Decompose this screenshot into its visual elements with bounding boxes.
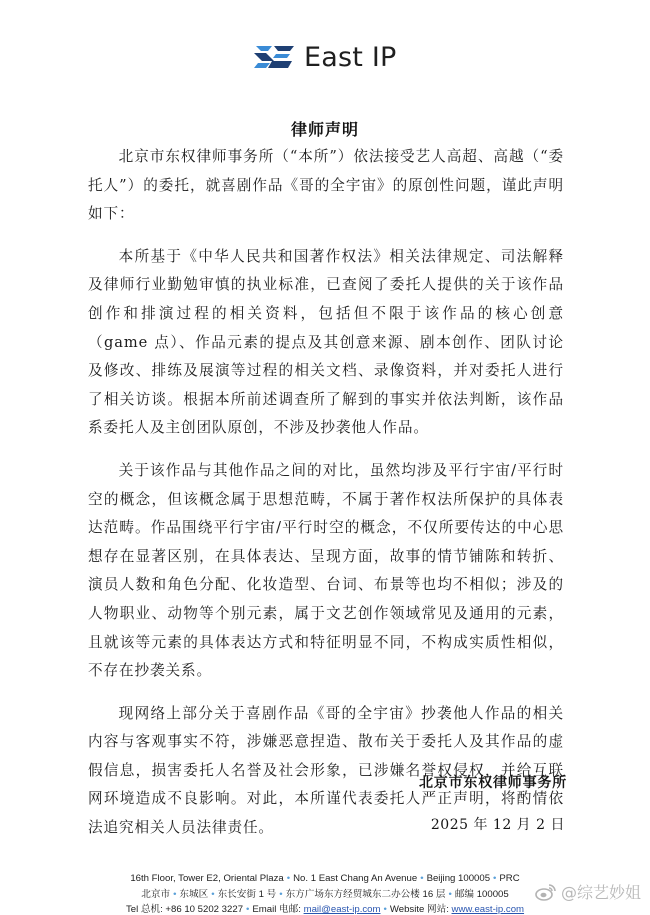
separator-dot: • — [448, 889, 451, 900]
footer-website-label: Website 网站: — [390, 904, 452, 915]
document-body: 北京市东权律师事务所（“本所”）依法接受艺人高超、高越（“委托人”）的委托，就喜… — [88, 143, 564, 857]
document-title: 律师声明 — [0, 117, 650, 140]
footer-address-en-part: Beijing 100005 — [427, 873, 490, 884]
footer-email-label: Email 电邮: — [252, 904, 303, 915]
east-ip-logo: East IP — [252, 40, 397, 74]
paragraph-investigation: 本所基于《中华人民共和国著作权法》相关法律规定、司法解释及律师行业勤勉审慎的执业… — [88, 243, 564, 443]
footer-address-cn-part: 邮编 100005 — [455, 889, 509, 900]
separator-dot: • — [287, 873, 290, 884]
separator-dot: • — [211, 889, 214, 900]
watermark-text: @综艺妙姐 — [561, 880, 641, 903]
footer-address-en-part: No. 1 East Chang An Avenue — [293, 873, 417, 884]
separator-dot: • — [384, 904, 387, 915]
weibo-watermark: @综艺妙姐 — [535, 880, 641, 903]
website-link[interactable]: www.east-ip.com — [452, 904, 525, 915]
separator-dot: • — [279, 889, 282, 900]
footer-address-cn-part: 东方广场东方经贸城东二办公楼 16 层 — [286, 889, 446, 900]
footer-tel: Tel 总机: +86 10 5202 3227 — [126, 904, 243, 915]
email-link[interactable]: mail@east-ip.com — [304, 904, 381, 915]
footer-contact: Tel 总机: +86 10 5202 3227•Email 电邮: mail@… — [0, 902, 650, 915]
separator-dot: • — [493, 873, 496, 884]
footer-address-cn-part: 东长安街 1 号 — [218, 889, 277, 900]
signature-firm: 北京市东权律师事务所 — [419, 772, 567, 792]
footer-address-en-part: PRC — [499, 873, 519, 884]
separator-dot: • — [173, 889, 176, 900]
separator-dot: • — [420, 873, 423, 884]
logo-text: East IP — [304, 44, 397, 71]
footer-address-cn-part: 东城区 — [179, 889, 208, 900]
weibo-icon — [535, 883, 557, 901]
east-ip-logo-icon — [252, 43, 296, 71]
paragraph-intro: 北京市东权律师事务所（“本所”）依法接受艺人高超、高越（“委托人”）的委托，就喜… — [88, 143, 564, 229]
separator-dot: • — [246, 904, 249, 915]
paragraph-comparison: 关于该作品与其他作品之间的对比，虽然均涉及平行宇宙/平行时空的概念，但该概念属于… — [88, 457, 564, 686]
footer-address-en-part: 16th Floor, Tower E2, Oriental Plaza — [130, 873, 283, 884]
footer-address-cn-part: 北京市 — [141, 889, 170, 900]
signature-date: 2025 年 12 月 2 日 — [431, 814, 565, 834]
